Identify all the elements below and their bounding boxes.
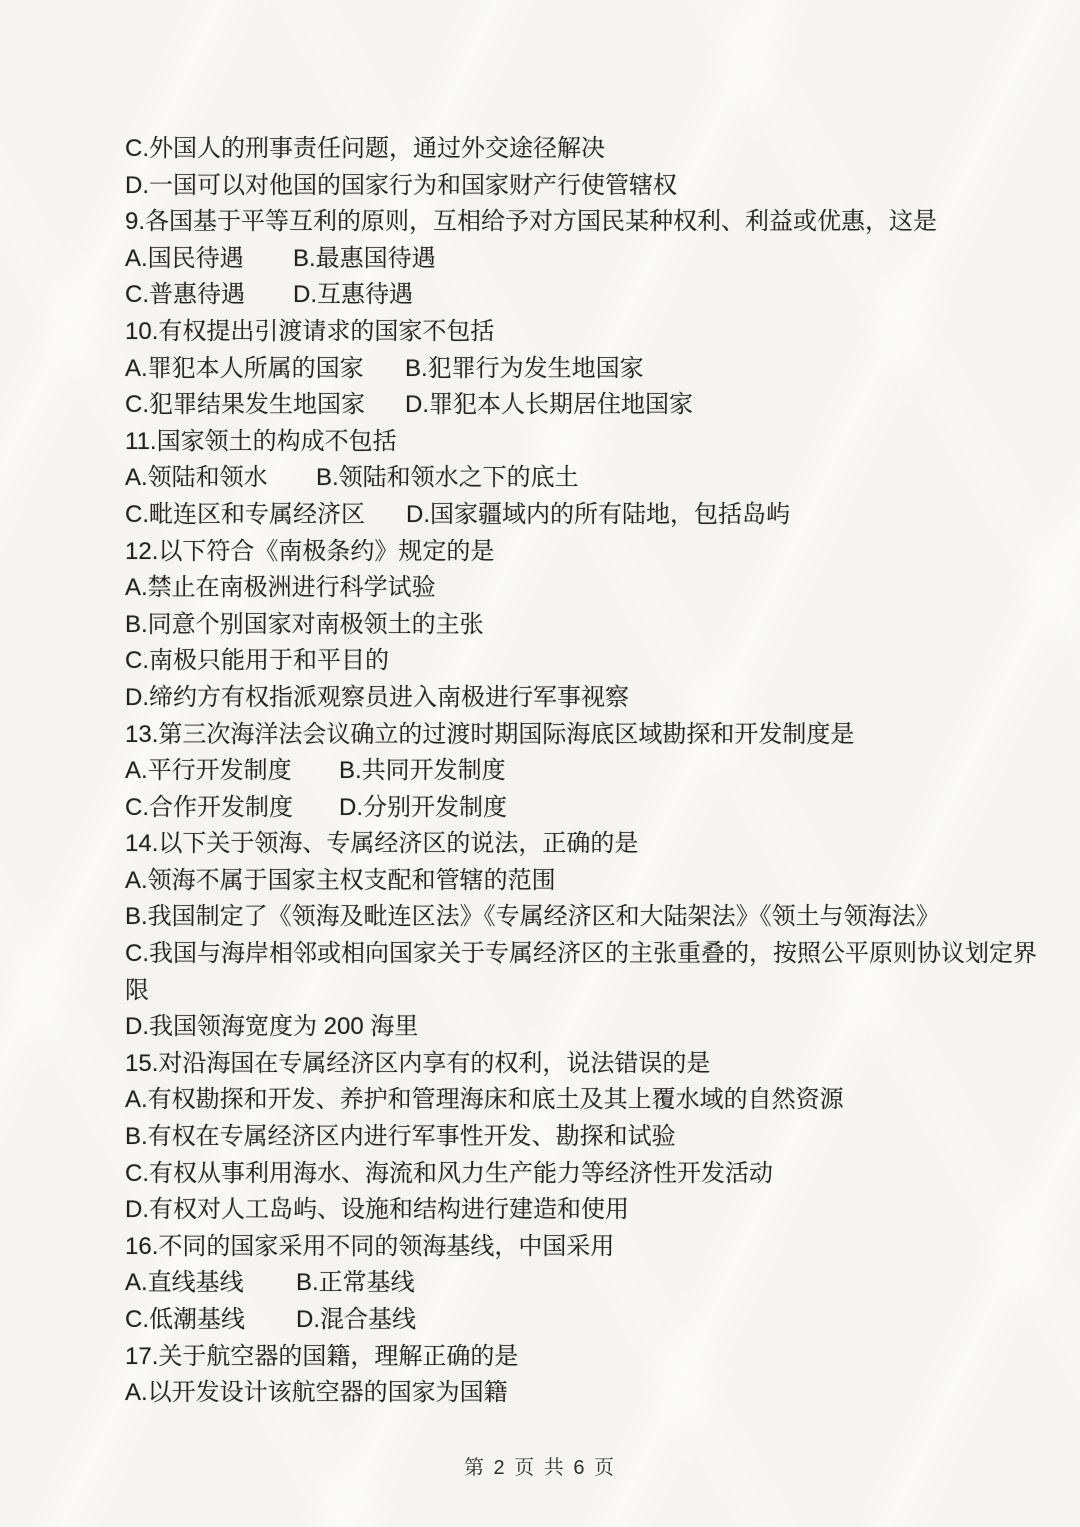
option-line: C.犯罪结果发生地国家D.罪犯本人长期居住地国家 bbox=[0, 387, 1080, 424]
line-text: A.领陆和领水 bbox=[125, 460, 268, 497]
line-text: 14.以下关于领海、专属经济区的说法，正确的是 bbox=[125, 826, 638, 863]
option-line: A.罪犯本人所属的国家B.犯罪行为发生地国家 bbox=[0, 351, 1080, 388]
option-line: D.缔约方有权指派观察员进入南极进行军事视察 bbox=[0, 680, 1080, 717]
line-text: B.犯罪行为发生地国家 bbox=[405, 351, 644, 388]
question-line: 11.国家领土的构成不包括 bbox=[0, 424, 1080, 461]
line-text: D.有权对人工岛屿、设施和结构进行建造和使用 bbox=[125, 1192, 629, 1229]
line-text: C.合作开发制度 bbox=[125, 790, 293, 827]
option-line: B.同意个别国家对南极领土的主张 bbox=[0, 607, 1080, 644]
option-line: A.领陆和领水B.领陆和领水之下的底土 bbox=[0, 460, 1080, 497]
line-text: 16.不同的国家采用不同的领海基线，中国采用 bbox=[125, 1229, 614, 1266]
option-line: C.有权从事利用海水、海流和风力生产能力等经济性开发活动 bbox=[0, 1156, 1080, 1193]
line-text: 12.以下符合《南极条约》规定的是 bbox=[125, 534, 494, 571]
line-text: 9.各国基于平等互利的原则，互相给予对方国民某种权利、利益或优惠，这是 bbox=[125, 204, 937, 241]
option-line: B.我国制定了《领海及毗连区法》《专属经济区和大陆架法》《领土与领海法》 bbox=[0, 899, 1080, 936]
option-line: D.一国可以对他国的国家行为和国家财产行使管辖权 bbox=[0, 168, 1080, 205]
line-text: A.国民待遇 bbox=[125, 241, 244, 278]
line-text: C.低潮基线 bbox=[125, 1302, 245, 1339]
line-text: D.一国可以对他国的国家行为和国家财产行使管辖权 bbox=[125, 168, 677, 205]
line-text: D.互惠待遇 bbox=[293, 277, 413, 314]
option-line: A.禁止在南极洲进行科学试验 bbox=[0, 570, 1080, 607]
line-text: 限 bbox=[125, 973, 149, 1010]
line-text: C.南极只能用于和平目的 bbox=[125, 643, 389, 680]
question-line: 16.不同的国家采用不同的领海基线，中国采用 bbox=[0, 1229, 1080, 1266]
line-text: 10.有权提出引渡请求的国家不包括 bbox=[125, 314, 494, 351]
question-line: 13.第三次海洋法会议确立的过渡时期国际海底区域勘探和开发制度是 bbox=[0, 717, 1080, 754]
option-line: C.低潮基线D.混合基线 bbox=[0, 1302, 1080, 1339]
option-line: C.外国人的刑事责任问题，通过外交途径解决 bbox=[0, 131, 1080, 168]
option-line: C.普惠待遇D.互惠待遇 bbox=[0, 277, 1080, 314]
option-line: A.领海不属于国家主权支配和管辖的范围 bbox=[0, 863, 1080, 900]
line-text: A.罪犯本人所属的国家 bbox=[125, 351, 364, 388]
line-text: B.共同开发制度 bbox=[339, 753, 506, 790]
question-line: 17.关于航空器的国籍，理解正确的是 bbox=[0, 1339, 1080, 1376]
question-line: 12.以下符合《南极条约》规定的是 bbox=[0, 534, 1080, 571]
option-line: D.我国领海宽度为 200 海里 bbox=[0, 1009, 1080, 1046]
line-text: A.直线基线 bbox=[125, 1265, 244, 1302]
line-text: 17.关于航空器的国籍，理解正确的是 bbox=[125, 1339, 518, 1376]
question-line: 10.有权提出引渡请求的国家不包括 bbox=[0, 314, 1080, 351]
line-text: 13.第三次海洋法会议确立的过渡时期国际海底区域勘探和开发制度是 bbox=[125, 717, 854, 754]
line-text: B.领陆和领水之下的底土 bbox=[316, 460, 579, 497]
option-line: A.以开发设计该航空器的国家为国籍 bbox=[0, 1375, 1080, 1412]
line-text: A.有权勘探和开发、养护和管理海床和底土及其上覆水域的自然资源 bbox=[125, 1082, 844, 1119]
line-text: D.混合基线 bbox=[296, 1302, 416, 1339]
line-text: C.毗连区和专属经济区 bbox=[125, 497, 365, 534]
option-line: C.南极只能用于和平目的 bbox=[0, 643, 1080, 680]
line-text: B.同意个别国家对南极领土的主张 bbox=[125, 607, 484, 644]
option-line: 限 bbox=[0, 973, 1080, 1010]
line-text: D.缔约方有权指派观察员进入南极进行军事视察 bbox=[125, 680, 629, 717]
line-text: B.有权在专属经济区内进行军事性开发、勘探和试验 bbox=[125, 1119, 676, 1156]
line-text: 11.国家领土的构成不包括 bbox=[125, 424, 397, 461]
line-text: C.普惠待遇 bbox=[125, 277, 245, 314]
question-line: 15.对沿海国在专属经济区内享有的权利，说法错误的是 bbox=[0, 1046, 1080, 1083]
line-text: D.分别开发制度 bbox=[339, 790, 507, 827]
page-number-footer: 第 2 页 共 6 页 bbox=[0, 1452, 1080, 1484]
option-line: C.毗连区和专属经济区D.国家疆域内的所有陆地，包括岛屿 bbox=[0, 497, 1080, 534]
line-text: C.有权从事利用海水、海流和风力生产能力等经济性开发活动 bbox=[125, 1156, 773, 1193]
option-line: A.平行开发制度B.共同开发制度 bbox=[0, 753, 1080, 790]
line-text: 15.对沿海国在专属经济区内享有的权利，说法错误的是 bbox=[125, 1046, 710, 1083]
line-text: A.禁止在南极洲进行科学试验 bbox=[125, 570, 436, 607]
line-text: B.我国制定了《领海及毗连区法》《专属经济区和大陆架法》《领土与领海法》 bbox=[125, 899, 940, 936]
line-text: B.最惠国待遇 bbox=[293, 241, 436, 278]
line-text: B.正常基线 bbox=[296, 1265, 415, 1302]
line-text: D.国家疆域内的所有陆地，包括岛屿 bbox=[406, 497, 790, 534]
option-line: A.直线基线B.正常基线 bbox=[0, 1265, 1080, 1302]
line-text: C.我国与海岸相邻或相向国家关于专属经济区的主张重叠的，按照公平原则协议划定界 bbox=[125, 936, 1037, 973]
option-line: C.我国与海岸相邻或相向国家关于专属经济区的主张重叠的，按照公平原则协议划定界 bbox=[0, 936, 1080, 973]
scanned-exam-page: C.外国人的刑事责任问题，通过外交途径解决D.一国可以对他国的国家行为和国家财产… bbox=[0, 0, 1080, 1527]
option-line: A.国民待遇B.最惠国待遇 bbox=[0, 241, 1080, 278]
option-line: B.有权在专属经济区内进行军事性开发、勘探和试验 bbox=[0, 1119, 1080, 1156]
option-line: A.有权勘探和开发、养护和管理海床和底土及其上覆水域的自然资源 bbox=[0, 1082, 1080, 1119]
line-text: C.犯罪结果发生地国家 bbox=[125, 387, 365, 424]
line-text: A.领海不属于国家主权支配和管辖的范围 bbox=[125, 863, 556, 900]
line-text: C.外国人的刑事责任问题，通过外交途径解决 bbox=[125, 131, 605, 168]
option-line: D.有权对人工岛屿、设施和结构进行建造和使用 bbox=[0, 1192, 1080, 1229]
line-text: D.我国领海宽度为 200 海里 bbox=[125, 1009, 418, 1046]
line-text: A.平行开发制度 bbox=[125, 753, 292, 790]
question-line: 9.各国基于平等互利的原则，互相给予对方国民某种权利、利益或优惠，这是 bbox=[0, 204, 1080, 241]
option-line: C.合作开发制度D.分别开发制度 bbox=[0, 790, 1080, 827]
exam-lines: C.外国人的刑事责任问题，通过外交途径解决D.一国可以对他国的国家行为和国家财产… bbox=[0, 131, 1080, 1412]
question-line: 14.以下关于领海、专属经济区的说法，正确的是 bbox=[0, 826, 1080, 863]
line-text: A.以开发设计该航空器的国家为国籍 bbox=[125, 1375, 508, 1412]
line-text: D.罪犯本人长期居住地国家 bbox=[405, 387, 693, 424]
